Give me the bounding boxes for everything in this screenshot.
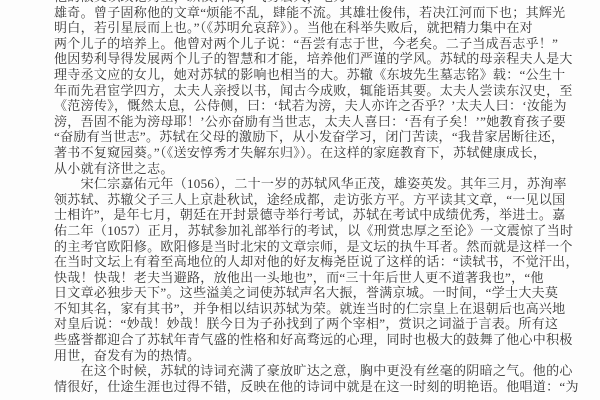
text-line: 日文章必独步天下”。这些溢美之词使苏轼声名大振，誉满京城。一时间，“学士大夫莫 [54,285,572,301]
text-line: 些盛誉都迎合了苏轼年青气盛的性格和好高骛远的心理，同时也极大的鼓舞了他心中积极 [54,332,572,348]
text-line: 他因势利导得发展两个儿子的智慧和才能，培养他们严谨的学风。苏轼的母亲程夫人是大 [54,51,572,67]
text-line: 士相许”，是年七月，朝廷在开封景德寺举行考试，苏轼在考试中成绩优秀，举进士。嘉 [54,207,572,223]
text-line: 雄奇。曾子固称他的文章“烦能不乱，肆能不流。其雄壮俊伟，若决江河而下也；其辉光 [54,5,572,21]
text-line: 快哉！快哉！老夫当避路，放他出一头地也”，而“三十年后世人更不道著我也”，“他 [54,270,572,286]
text-line: 《范滂传》，慨然太息，公侍侧，曰：‘轼若为滂，夫人亦许之否乎？’太夫人曰：‘汝能… [54,98,572,114]
text-line: 情很好，仕途生涯也过得不错，反映在他的诗词中就是在这一时刻的明艳语。他唱道：“为 [54,379,572,395]
text-line: 两个儿子的培养上。他曾对两个儿子说：“吾尝有志于世，今老矣。二子当成吾志乎！” [54,36,572,52]
text-line: 从小就有济世之志。 [54,161,572,177]
text-line: 领苏轼、苏辙父子三人上京赴秋试，途经成都，走访张方平。方平读其文章，“一见以国 [54,192,572,208]
text-line: 滂，吾固不能为滂母耶！’公亦奋励有当世志，太夫人喜曰：‘吾有子矣！’”她教育孩子… [54,114,572,130]
text-line: 著书不复窥园葵。”（《送安惇秀才失解东归》）。在这样的家庭教育下，苏轼健康成长， [54,145,572,161]
text-line: 在当时文坛上有着至高地位的人却对他的好友梅尧臣说了这样的话：“读轼书，不觉汗出， [54,254,572,270]
text-line: “奋励有当世志”。苏轼在父母的激励下，从小发奋学习，闭门苦读，“我昔家居断往还， [54,129,572,145]
text-line: 年而先君宦学四方，太夫人亲授以书，闻古今成败，辄能语其要。太夫人尝读东汉史，至 [54,83,572,99]
text-line: 对皇后说：“妙哉！妙哉！朕今日为子孙找到了两个宰相”，赏识之词溢于言表。所有这 [54,316,572,332]
text-line: 明白，若引星辰而上也。”（《苏明允哀辞》）。当他在科举失败后，就把精力集中在对 [54,20,572,36]
text-block: 他的散文以政论为主，纵横捭阖，气势宏大，笔力 雄奇。曾子固称他的文章“烦能不乱，… [54,0,572,394]
text-line: 理寺丞文应的女儿，她对苏轼的影响也相当的大。苏辙《东坡先生墓志铭》载：“公生十 [54,67,572,83]
text-line: 在这个时候，苏轼的诗词充满了豪放旷达之意，胸中更没有丝毫的阴暗之气。他的心 [54,363,572,379]
text-line: 不知其名，家有其书”，并争相以结识苏轼为荣。就连当时的仁宗皇上在退朝后也高兴地 [54,301,572,317]
document-page: 他的散文以政论为主，纵横捭阖，气势宏大，笔力 雄奇。曾子固称他的文章“烦能不乱，… [0,0,600,400]
text-line: 的主考官欧阳修。欧阳修是当时北宋的文章宗师，是文坛的执牛耳者。然而就是这样一个 [54,239,572,255]
text-line: 用世，奋发有为的热情。 [54,348,572,364]
text-line: 宋仁宗嘉佑元年（1056），二十一岁的苏轼风华正茂，雄姿英发。其年三月，苏洵率 [54,176,572,192]
text-line: 佑二年（1057）正月，苏轼参加礼部举行的考试，以《刑赏忠厚之至论》一文震惊了当… [54,223,572,239]
